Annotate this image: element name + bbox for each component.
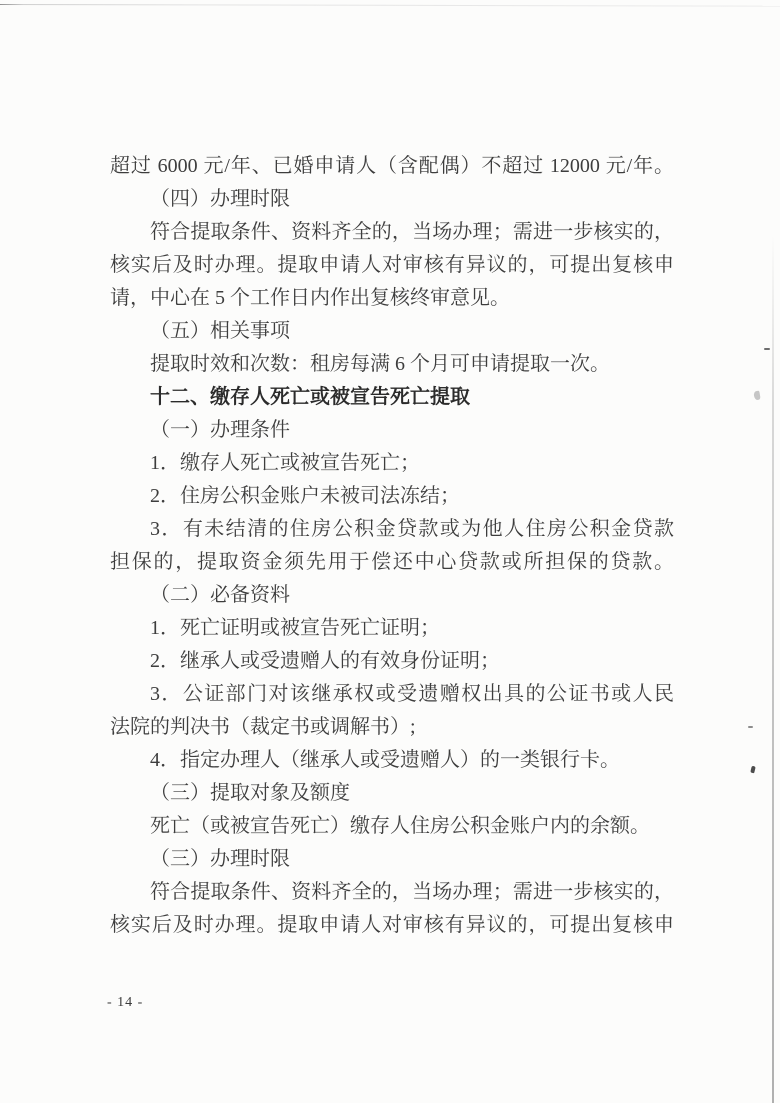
- list-item: 1．缴存人死亡或被宣告死亡；: [110, 447, 674, 480]
- list-heading: （三）办理时限: [110, 843, 674, 876]
- text-line: 符合提取条件、资料齐全的，当场办理；需进一步核实的，: [110, 216, 674, 249]
- page-number: - 14 -: [107, 995, 143, 1011]
- scan-artifact-top-edge: [0, 4, 780, 7]
- list-heading: （一）办理条件: [110, 414, 674, 447]
- text-line: 请，中心在 5 个工作日内作出复核终审意见。: [110, 282, 674, 315]
- text-line: 提取时效和次数：租房每满 6 个月可申请提取一次。: [110, 348, 674, 381]
- list-item: 3．公证部门对该继承权或受遗赠权出具的公证书或人民: [110, 678, 674, 711]
- list-item: 2．住房公积金账户未被司法冻结；: [110, 480, 674, 513]
- list-item: 3．有未结清的住房公积金贷款或为他人住房公积金贷款: [110, 513, 674, 546]
- list-item: 2．继承人或受遗赠人的有效身份证明；: [110, 645, 674, 678]
- scan-artifact-right-edge: [772, 235, 774, 1103]
- section-heading: 十二、缴存人死亡或被宣告死亡提取: [110, 381, 674, 414]
- scan-artifact-speck: [753, 391, 760, 401]
- text-line: 法院的判决书（裁定书或调解书）;: [110, 711, 674, 744]
- document-page: 超过 6000 元/年、已婚申请人（含配偶）不超过 12000 元/年。 （四）…: [0, 0, 780, 1103]
- text-line: 超过 6000 元/年、已婚申请人（含配偶）不超过 12000 元/年。: [110, 150, 674, 183]
- text-line: 担保的，提取资金须先用于偿还中心贷款或所担保的贷款。: [110, 546, 674, 579]
- list-heading: （三）提取对象及额度: [110, 777, 674, 810]
- text-line: 符合提取条件、资料齐全的，当场办理；需进一步核实的，: [110, 876, 674, 909]
- text-line: 死亡（或被宣告死亡）缴存人住房公积金账户内的余额。: [110, 810, 674, 843]
- document-body: 超过 6000 元/年、已婚申请人（含配偶）不超过 12000 元/年。 （四）…: [110, 150, 674, 942]
- list-heading: （五）相关事项: [110, 315, 674, 348]
- list-heading: （四）办理时限: [110, 183, 674, 216]
- text-line: 核实后及时办理。提取申请人对审核有异议的，可提出复核申: [110, 249, 674, 282]
- scan-artifact-speck: [750, 766, 756, 774]
- text-line: 核实后及时办理。提取申请人对审核有异议的，可提出复核申: [110, 909, 674, 942]
- scan-artifact-speck: [748, 726, 753, 728]
- list-item: 1．死亡证明或被宣告死亡证明；: [110, 612, 674, 645]
- scan-artifact-speck: [764, 348, 770, 350]
- list-heading: （二）必备资料: [110, 579, 674, 612]
- list-item: 4．指定办理人（继承人或受遗赠人）的一类银行卡。: [110, 744, 674, 777]
